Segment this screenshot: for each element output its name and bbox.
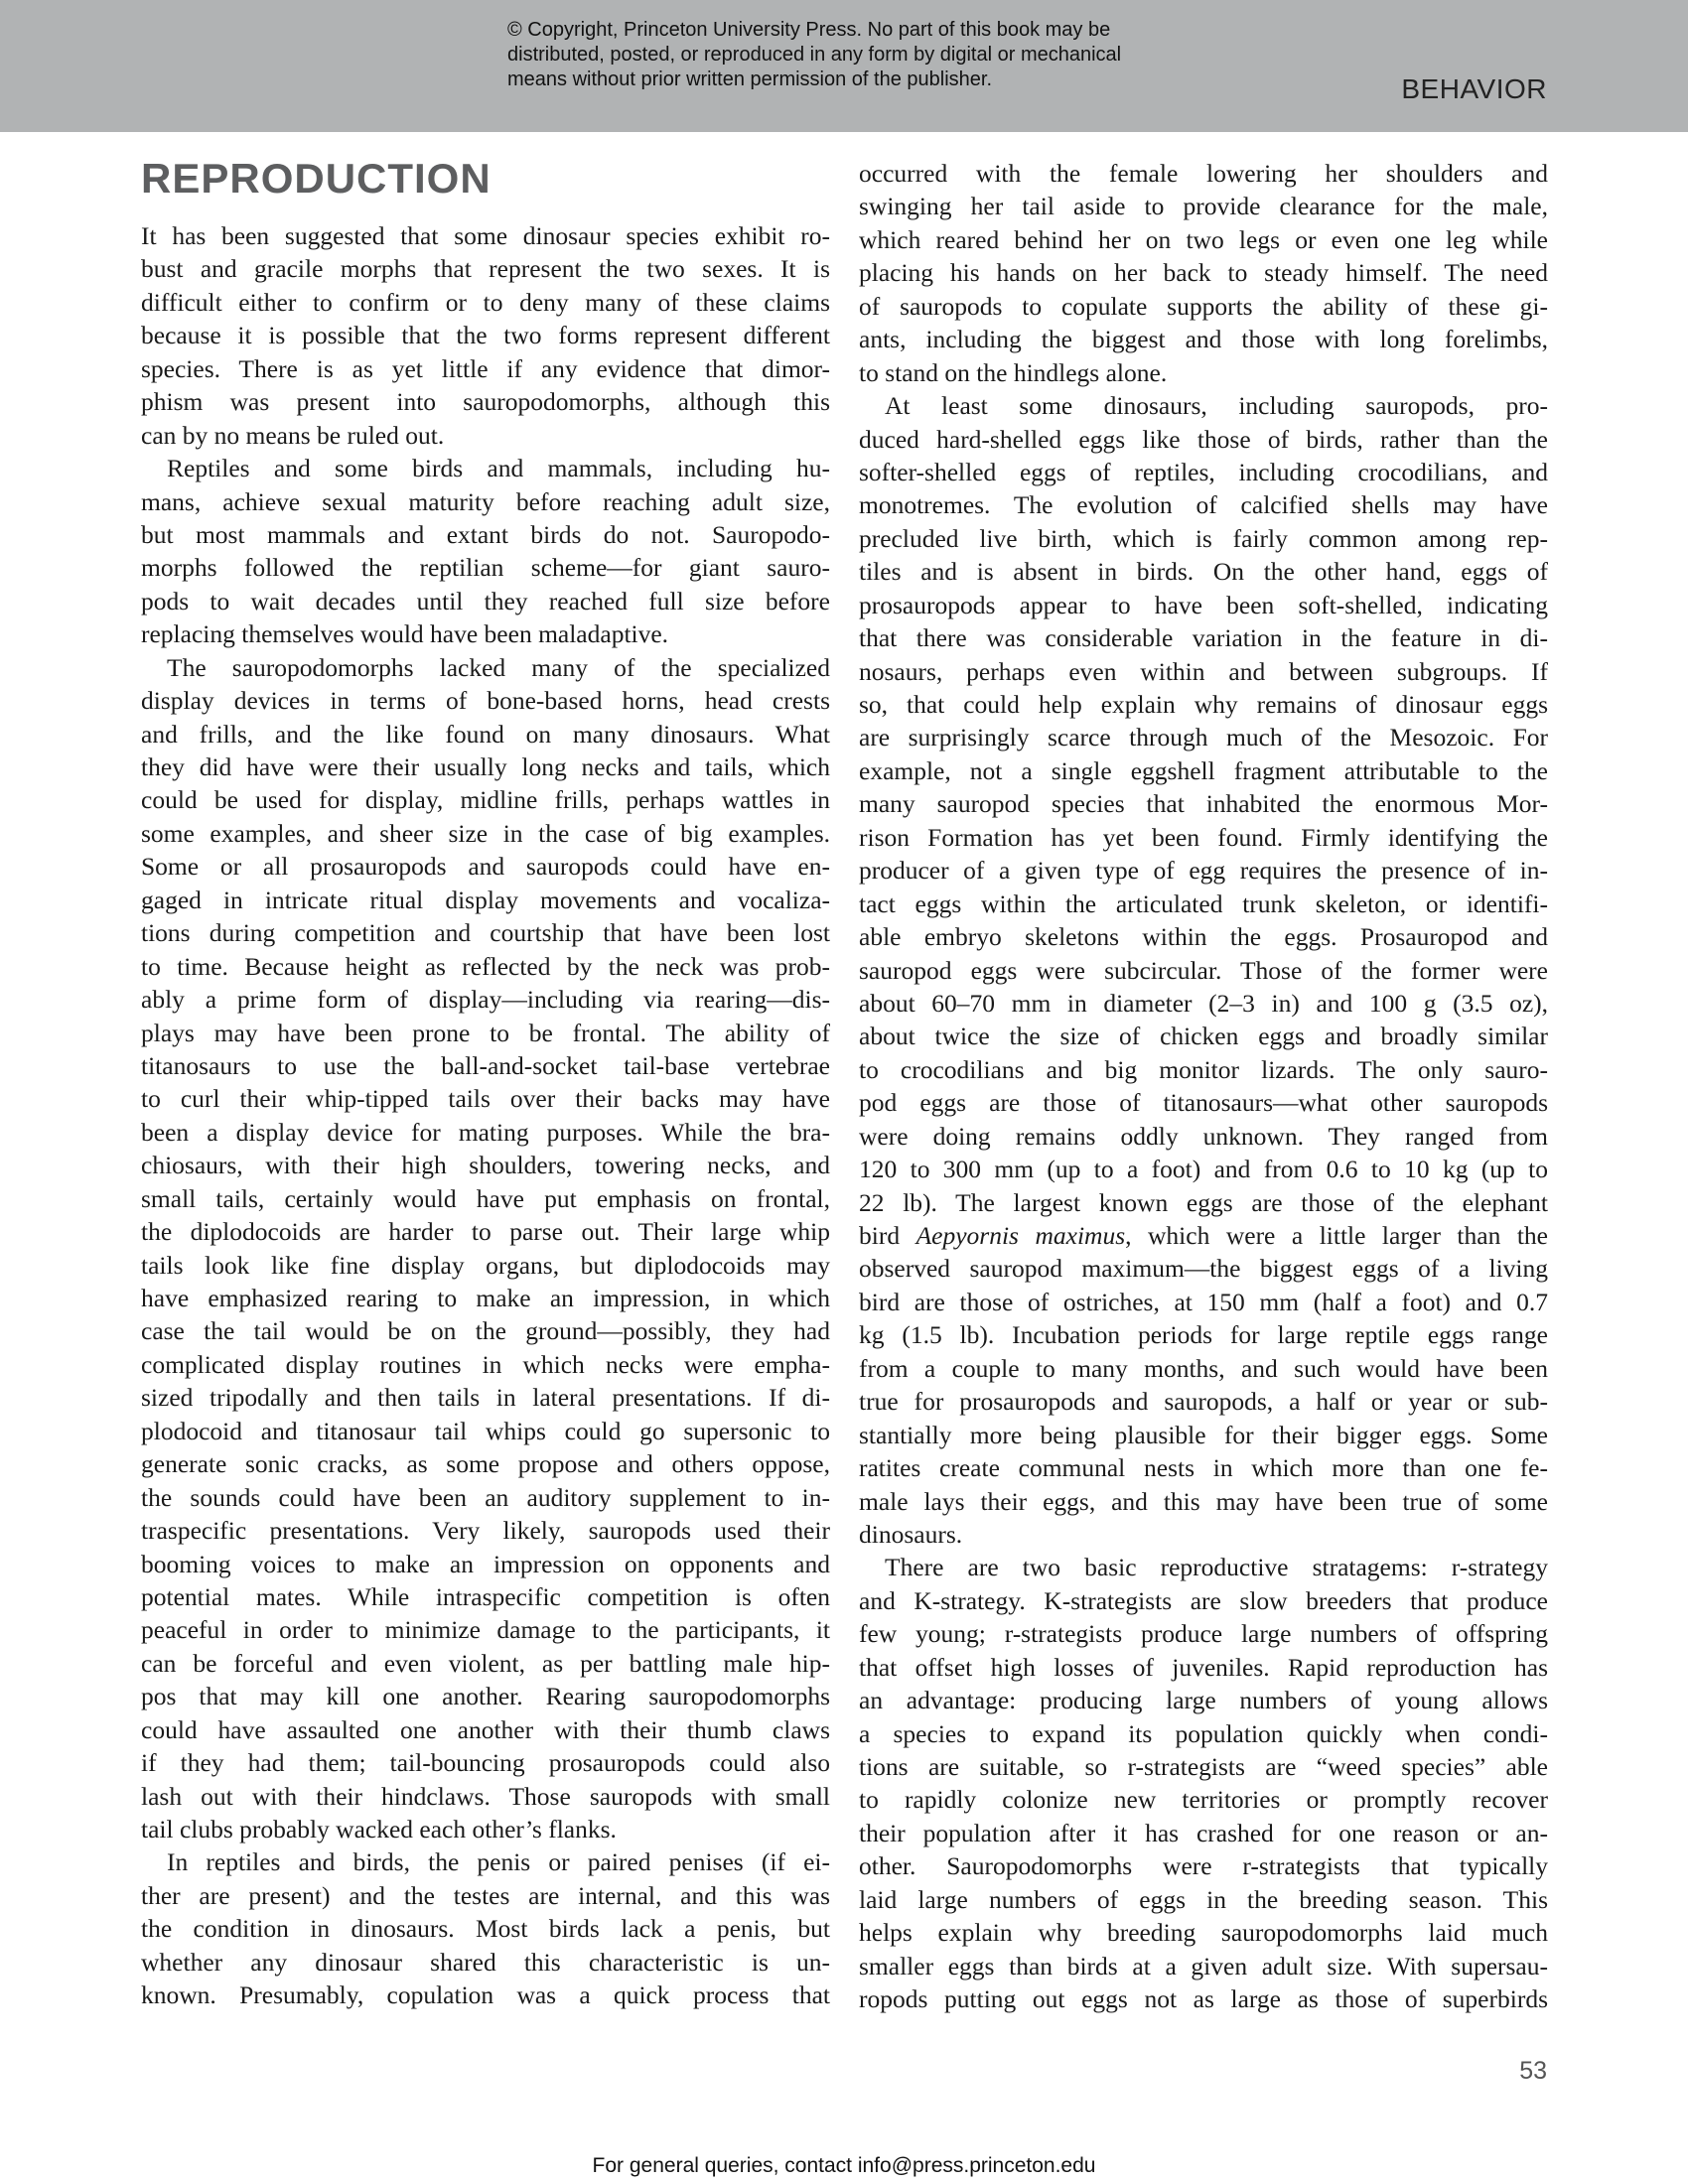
text-line: tail clubs probably wacked each other’s …	[141, 1813, 830, 1845]
text-line: from a couple to many months, and such w…	[859, 1352, 1548, 1385]
right-text-column: occurred with the female lowering her sh…	[859, 157, 1548, 2016]
text-line: small tails, certainly would have put em…	[141, 1182, 830, 1215]
text-line: kg (1.5 lb). Incubation periods for larg…	[859, 1318, 1548, 1351]
text-line: generate sonic cracks, as some propose a…	[141, 1447, 830, 1480]
text-line: few young; r-strategists produce large n…	[859, 1617, 1548, 1650]
text-line: pod eggs are those of titanosaurs—what o…	[859, 1086, 1548, 1119]
text-line: morphs followed the reptilian scheme—for…	[141, 551, 830, 584]
text-line: ther are present) and the testes are int…	[141, 1879, 830, 1912]
text-line: display devices in terms of bone-based h…	[141, 684, 830, 717]
text-line: were doing remains oddly unknown. They r…	[859, 1120, 1548, 1153]
text-line: rison Formation has yet been found. Firm…	[859, 821, 1548, 854]
text-line: some examples, and sheer size in the cas…	[141, 817, 830, 850]
text-line: a species to expand its population quick…	[859, 1717, 1548, 1750]
text-line: an advantage: producing large numbers of…	[859, 1684, 1548, 1716]
copyright-header-band: © Copyright, Princeton University Press.…	[0, 0, 1688, 132]
text-line: to time. Because height as reflected by …	[141, 950, 830, 983]
text-line: observed sauropod maximum—the biggest eg…	[859, 1252, 1548, 1285]
text-line: In reptiles and birds, the penis or pair…	[141, 1845, 830, 1878]
text-line: 22 lb). The largest known eggs are those…	[859, 1186, 1548, 1219]
text-line: phism was present into sauropodomorphs, …	[141, 385, 830, 418]
footer-contact: For general queries, contact info@press.…	[0, 2154, 1688, 2178]
text-line: mans, achieve sexual maturity before rea…	[141, 485, 830, 518]
text-line: able embryo skeletons within the eggs. P…	[859, 920, 1548, 953]
text-line: nosaurs, perhaps even within and between…	[859, 655, 1548, 688]
text-line: are surprisingly scarce through much of …	[859, 721, 1548, 753]
species-name: Aepyornis maximus	[916, 1221, 1126, 1250]
text-line: pods to wait decades until they reached …	[141, 585, 830, 617]
text-line: species. There is as yet little if any e…	[141, 352, 830, 385]
text-line: the sounds could have been an auditory s…	[141, 1481, 830, 1514]
text-line: case the tail would be on the ground—pos…	[141, 1314, 830, 1347]
text-line: It has been suggested that some dinosaur…	[141, 219, 830, 252]
text-line: duced hard-shelled eggs like those of bi…	[859, 423, 1548, 456]
text-line: softer-shelled eggs of reptiles, includi…	[859, 456, 1548, 488]
text-line: producer of a given type of egg requires…	[859, 854, 1548, 887]
text-line: swinging her tail aside to provide clear…	[859, 190, 1548, 222]
text-line: but most mammals and extant birds do not…	[141, 518, 830, 551]
text-line: true for prosauropods and sauropods, a h…	[859, 1385, 1548, 1418]
text-line: bird Aepyornis maximus, which were a lit…	[859, 1219, 1548, 1252]
text-line: 120 to 300 mm (up to a foot) and from 0.…	[859, 1153, 1548, 1185]
section-title: REPRODUCTION	[141, 155, 492, 203]
text-line: have emphasized rearing to make an impre…	[141, 1282, 830, 1314]
text-line: bird are those of ostriches, at 150 mm (…	[859, 1286, 1548, 1318]
text-line: been a display device for mating purpose…	[141, 1116, 830, 1149]
text-line: and K-strategy. K-strategists are slow b…	[859, 1584, 1548, 1617]
text-line: other. Sauropodomorphs were r-strategist…	[859, 1849, 1548, 1882]
text-line: to rapidly colonize new territories or p…	[859, 1783, 1548, 1816]
text-line: laid large numbers of eggs in the breedi…	[859, 1883, 1548, 1916]
text-line: ropods putting out eggs not as large as …	[859, 1982, 1548, 2015]
text-line: Reptiles and some birds and mammals, inc…	[141, 452, 830, 484]
text-line: sauropod eggs were subcircular. Those of…	[859, 954, 1548, 987]
text-line: stantially more being plausible for thei…	[859, 1419, 1548, 1451]
text-line: The sauropodomorphs lacked many of the s…	[141, 651, 830, 684]
text-line: precluded live birth, which is fairly co…	[859, 522, 1548, 555]
text-line: sized tripodally and then tails in later…	[141, 1381, 830, 1414]
text-line: dinosaurs.	[859, 1518, 1548, 1551]
text-line: difficult either to confirm or to deny m…	[141, 286, 830, 319]
text-line: to curl their whip-tipped tails over the…	[141, 1082, 830, 1115]
text-line: replacing themselves would have been mal…	[141, 617, 830, 650]
text-line: ants, including the biggest and those wi…	[859, 323, 1548, 355]
copyright-line: means without prior written permission o…	[507, 68, 1242, 92]
text-line: that offset high losses of juveniles. Ra…	[859, 1651, 1548, 1684]
copyright-notice: © Copyright, Princeton University Press.…	[507, 18, 1242, 92]
text-line: ably a prime form of display—including v…	[141, 983, 830, 1016]
text-line: to crocodilians and big monitor lizards.…	[859, 1053, 1548, 1086]
text-line: about 60–70 mm in diameter (2–3 in) and …	[859, 987, 1548, 1020]
text-line: example, not a single eggshell fragment …	[859, 754, 1548, 787]
text-line: can by no means be ruled out.	[141, 419, 830, 452]
text-line: potential mates. While intraspecific com…	[141, 1580, 830, 1613]
text-line: to stand on the hindlegs alone.	[859, 356, 1548, 389]
text-line: plodocoid and titanosaur tail whips coul…	[141, 1415, 830, 1447]
text-line: the diplodocoids are harder to parse out…	[141, 1215, 830, 1248]
text-line: because it is possible that the two form…	[141, 319, 830, 351]
text-line: could have assaulted one another with th…	[141, 1713, 830, 1746]
text-line: can be forceful and even violent, as per…	[141, 1647, 830, 1680]
text-line: At least some dinosaurs, including sauro…	[859, 389, 1548, 422]
text-line: chiosaurs, with their high shoulders, to…	[141, 1149, 830, 1181]
text-line: their population after it has crashed fo…	[859, 1817, 1548, 1849]
text-line: ratites create communal nests in which m…	[859, 1451, 1548, 1484]
text-line: occurred with the female lowering her sh…	[859, 157, 1548, 190]
text-line: peaceful in order to minimize damage to …	[141, 1613, 830, 1646]
text-line: so, that could help explain why remains …	[859, 688, 1548, 721]
running-head: BEHAVIOR	[1401, 73, 1547, 105]
text-line: plays may have been prone to be frontal.…	[141, 1017, 830, 1049]
text-line: Some or all prosauropods and sauropods c…	[141, 850, 830, 883]
text-line: and frills, and the like found on many d…	[141, 718, 830, 751]
text-line: booming voices to make an impression on …	[141, 1548, 830, 1580]
text-line: of sauropods to copulate supports the ab…	[859, 290, 1548, 323]
text-line: about twice the size of chicken eggs and…	[859, 1020, 1548, 1052]
text-line: known. Presumably, copulation was a quic…	[141, 1979, 830, 2011]
text-line: tails look like fine display organs, but…	[141, 1249, 830, 1282]
text-line: if they had them; tail-bouncing prosauro…	[141, 1746, 830, 1779]
text-line: tions are suitable, so r-strategists are…	[859, 1750, 1548, 1783]
text-line: complicated display routines in which ne…	[141, 1348, 830, 1381]
text-line: traspecific presentations. Very likely, …	[141, 1514, 830, 1547]
text-line: prosauropods appear to have been soft-sh…	[859, 589, 1548, 621]
text-line: the condition in dinosaurs. Most birds l…	[141, 1912, 830, 1945]
text-line: helps explain why breeding sauropodomorp…	[859, 1916, 1548, 1949]
copyright-line: distributed, posted, or reproduced in an…	[507, 43, 1242, 68]
text-line: which reared behind her on two legs or e…	[859, 223, 1548, 256]
text-line: lash out with their hindclaws. Those sau…	[141, 1780, 830, 1813]
text-line: tact eggs within the articulated trunk s…	[859, 887, 1548, 920]
text-line: gaged in intricate ritual display moveme…	[141, 884, 830, 916]
text-line: placing his hands on her back to steady …	[859, 256, 1548, 289]
text-line: whether any dinosaur shared this charact…	[141, 1946, 830, 1979]
text-line: tiles and is absent in birds. On the oth…	[859, 555, 1548, 588]
text-line: smaller eggs than birds at a given adult…	[859, 1950, 1548, 1982]
copyright-line: © Copyright, Princeton University Press.…	[507, 18, 1242, 43]
text-line: bust and gracile morphs that represent t…	[141, 252, 830, 285]
text-line: tions during competition and courtship t…	[141, 916, 830, 949]
page-number: 53	[1519, 2057, 1547, 2086]
text-line: pos that may kill one another. Rearing s…	[141, 1680, 830, 1712]
text-line: There are two basic reproductive stratag…	[859, 1551, 1548, 1583]
text-line: could be used for display, midline frill…	[141, 783, 830, 816]
text-line: that there was considerable variation in…	[859, 621, 1548, 654]
text-line: titanosaurs to use the ball-and-socket t…	[141, 1049, 830, 1082]
text-line: many sauropod species that inhabited the…	[859, 787, 1548, 820]
text-line: they did have were their usually long ne…	[141, 751, 830, 783]
left-text-column: It has been suggested that some dinosaur…	[141, 219, 830, 2012]
text-line: male lays their eggs, and this may have …	[859, 1485, 1548, 1518]
text-line: monotremes. The evolution of calcified s…	[859, 488, 1548, 521]
